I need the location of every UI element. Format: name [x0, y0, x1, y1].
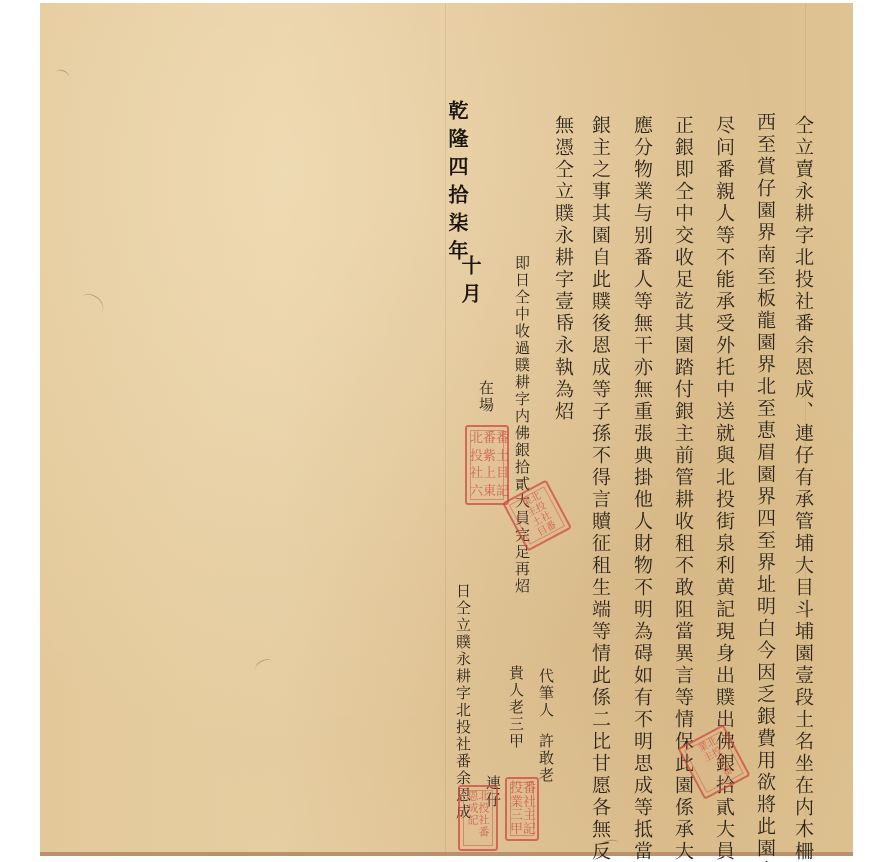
seal-bottom-right: 投番 業社 三主 甲記	[505, 777, 539, 841]
scribe-role: 代筆人	[538, 668, 553, 728]
deed-column-5: 應分物業与别番人等無干亦無重張典掛他人財物不明為碍如有不明思成等抵當不干	[632, 115, 651, 845]
seal-left-stamp: 北番番 投紫土 社上目 六東記	[465, 425, 509, 505]
scribe-name: 許敢老	[538, 733, 553, 813]
receipt-line: 即日仝中收過贌耕字内佛銀拾貳大員完足再炤	[514, 255, 529, 655]
deed-column-2: 西至賞仔園界南至板龍園界北至恵眉園界四至界址明白今因乏銀費用欲將此園出贌先	[755, 112, 774, 842]
deed-column-6: 銀主之事其園自此贌後恩成等子孫不得言贖征租生端等情此係二比甘愿各無反悔口恐	[590, 115, 609, 845]
deed-column-4: 正銀即仝中交收足訖其園踏付銀主前管耕收租不敢阻當異言等情保此園係承大目斗	[673, 115, 692, 845]
seal-bottom-left: 北投社番恩成記	[458, 785, 498, 851]
deed-column-7: 無憑仝立贌永耕字壹帋永執為炤	[553, 115, 572, 455]
date-month: 十月	[460, 255, 480, 315]
deed-column-1: 仝立賣永耕字北投社番余恩成、連仔有承管埔大目斗埔園壹段土名坐在内木柵中埔東至崁	[793, 115, 812, 845]
